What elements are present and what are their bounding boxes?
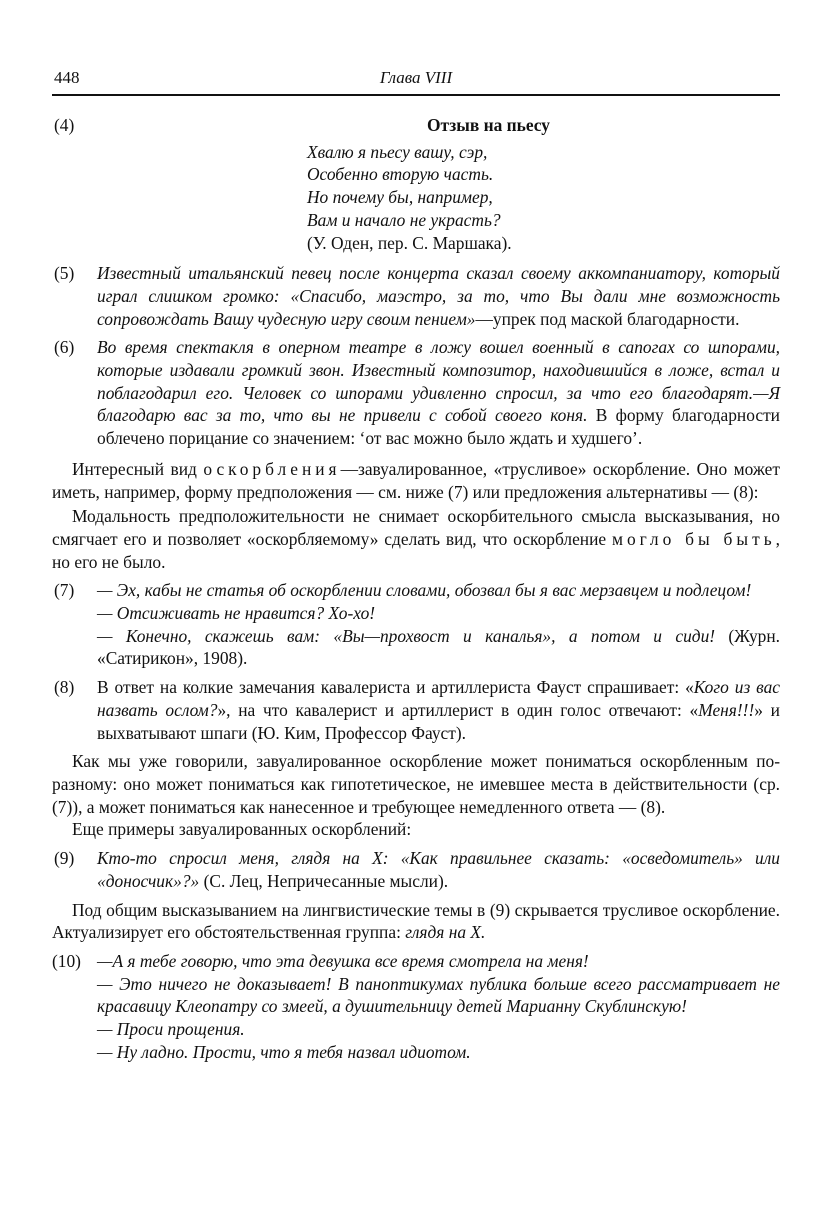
example-number: (8): [54, 676, 74, 699]
header-rule: [52, 94, 780, 96]
dialogue-line: — Отсиживать не нравится? Хо-хо!: [97, 602, 780, 625]
paragraph: Как мы уже говорили, завуалированное оск…: [52, 750, 780, 818]
example-8: (8) В ответ на колкие замечания кавалери…: [52, 676, 780, 744]
paragraph: Еще примеры завуалированных оскорблений:: [52, 818, 780, 841]
example-5: (5) Известный итальянский певец после ко…: [52, 262, 780, 330]
poem-line: Особенно вторую часть.: [307, 163, 780, 186]
dialogue-line: — Ну ладно. Прости, что я тебя назвал ид…: [97, 1041, 780, 1064]
text: В ответ на колкие замечания кавалериста …: [97, 677, 694, 697]
paragraph: Модальность предположительности не снима…: [52, 505, 780, 573]
paragraph: Под общим высказыванием на лингвистическ…: [52, 899, 780, 944]
example-4: (4) Отзыв на пьесу Хвалю я пьесу вашу, с…: [52, 114, 780, 254]
example-7: (7) — Эх, кабы не статья об оскорблении …: [52, 579, 780, 670]
poem-source: (У. Оден, пер. С. Маршака).: [307, 232, 780, 255]
spaced-term: оскорбления: [203, 459, 340, 479]
running-head: 448 Глава VIII: [52, 66, 780, 92]
text: », на что кавалерист и артиллерист в оди…: [217, 700, 698, 720]
dialogue-text: — Конечно, скажешь вам: «Вы—прохвост и к…: [97, 626, 715, 646]
example-10: (10) —А я тебе говорю, что эта девушка в…: [52, 950, 780, 1064]
emphasis: глядя на Х.: [405, 922, 485, 942]
paragraph: Интересный вид оскорбления—завуалированн…: [52, 458, 780, 503]
spaced-term: могло бы быть: [612, 529, 776, 549]
dialogue-line: —А я тебе говорю, что эта девушка все вр…: [97, 950, 780, 973]
poem-title: Отзыв на пьесу: [197, 114, 780, 137]
example-number: (5): [54, 262, 74, 285]
example-number: (7): [54, 579, 74, 602]
example-number: (6): [54, 336, 74, 359]
book-page: 448 Глава VIII (4) Отзыв на пьесу Хвалю …: [52, 66, 780, 1063]
dialogue-line: — Эх, кабы не статья об оскорблении слов…: [97, 579, 780, 602]
dialogue-line: — Это ничего не доказывает! В паноптикум…: [97, 973, 780, 1018]
page-body: (4) Отзыв на пьесу Хвалю я пьесу вашу, с…: [52, 114, 780, 1063]
poem-line: Вам и начало не украсть?: [307, 209, 780, 232]
dialogue-line: — Конечно, скажешь вам: «Вы—прохвост и к…: [97, 625, 780, 670]
text: Интересный вид: [72, 459, 203, 479]
poem: Хвалю я пьесу вашу, сэр, Особенно вторую…: [307, 141, 780, 255]
citation: (С. Лец, Непричесанные мысли).: [199, 871, 448, 891]
example-number: (9): [54, 847, 74, 870]
chapter-title: Глава VIII: [52, 68, 780, 88]
dialogue-line: — Проси прощения.: [97, 1018, 780, 1041]
quote: Меня!!!: [698, 700, 754, 720]
poem-line: Но почему бы, например,: [307, 186, 780, 209]
example-number: (4): [54, 114, 74, 137]
poem-line: Хвалю я пьесу вашу, сэр,: [307, 141, 780, 164]
example-6: (6) Во время спектакля в оперном театре …: [52, 336, 780, 450]
example-comment: —упрек под маской благодарности.: [476, 309, 740, 329]
example-number: (10): [52, 950, 81, 973]
example-9: (9) Кто-то спросил меня, глядя на Х: «Ка…: [52, 847, 780, 892]
